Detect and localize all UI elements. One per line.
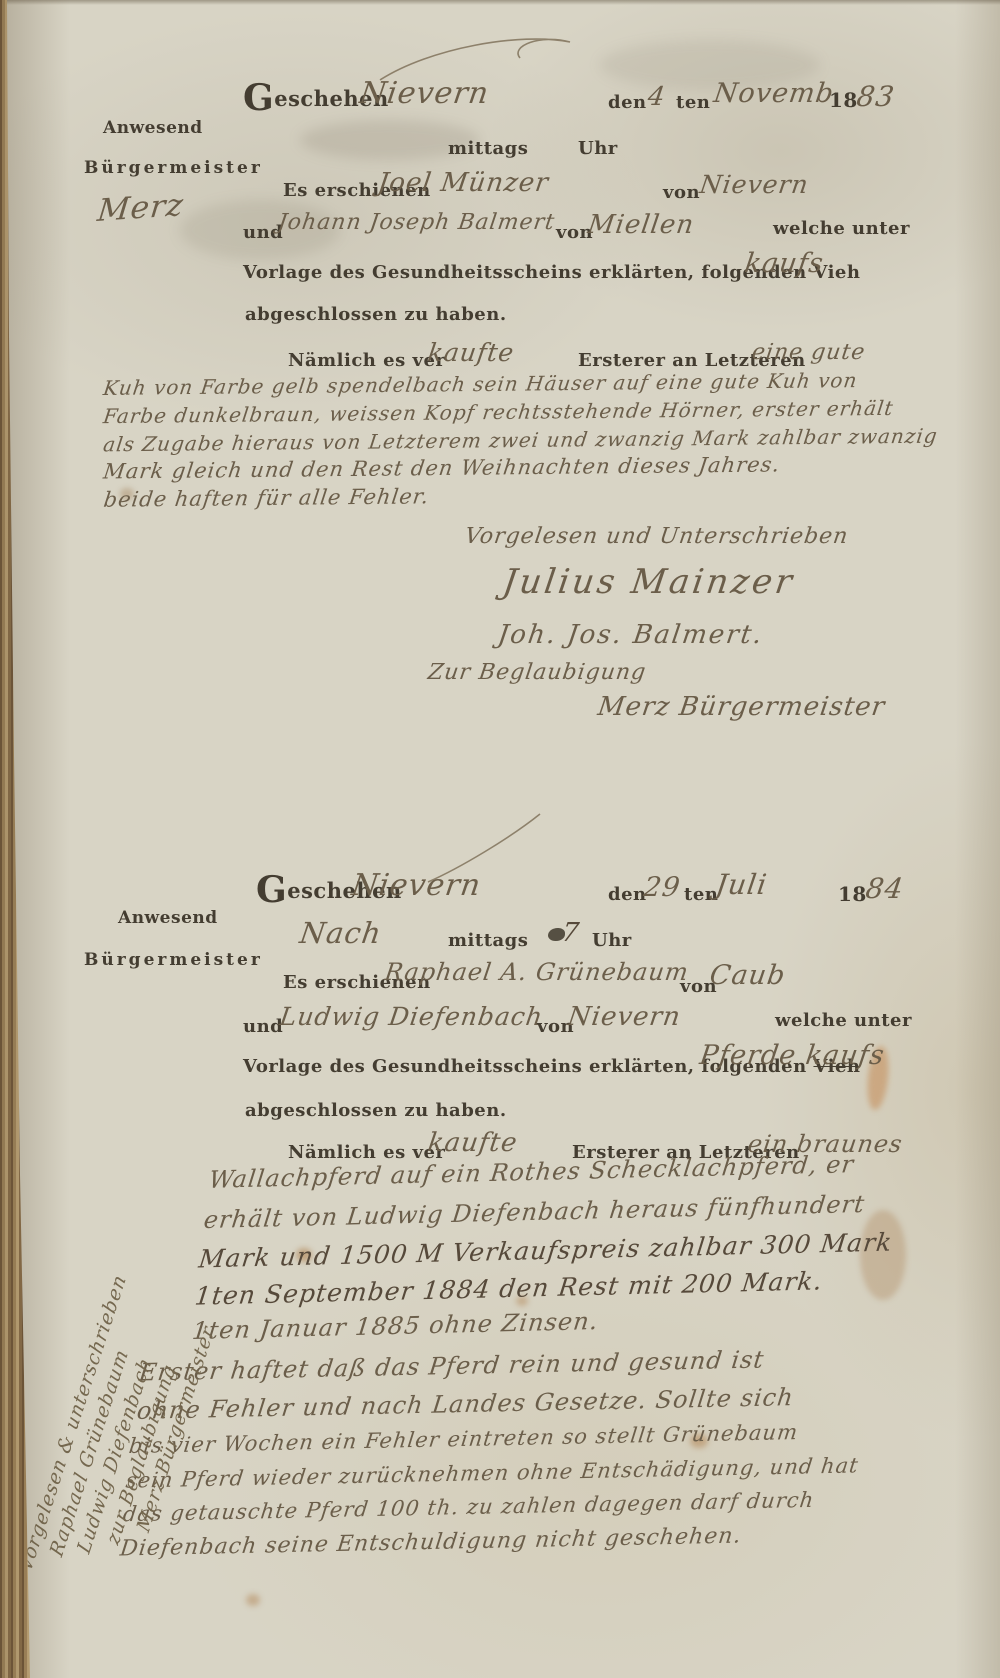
entry2-place: Nievern (350, 868, 484, 903)
entry2-month: Juli (714, 868, 770, 901)
entry2-hand-nach: Nach (298, 916, 384, 950)
entry1-body-line: Mark gleich und den Rest den Weihnachten… (102, 452, 782, 483)
entry2-welche-unter: welche unter (775, 1010, 912, 1031)
entry1-ten: ten (676, 92, 710, 113)
entry2-place1: Caub (708, 960, 788, 991)
entry2-hour: 7 (560, 918, 582, 948)
entry1-naemlich: Nämlich es ver (288, 350, 445, 371)
entry1-name1: Joel Münzer (376, 168, 551, 198)
entry2-abgeschlossen: abgeschlossen zu haben. (245, 1100, 507, 1121)
entry2-body-line: Diefenbach seine Entschuldigung nicht ge… (119, 1524, 743, 1562)
entry2-body-line: sein Pferd wieder zurücknehmen ohne Ents… (125, 1453, 861, 1492)
entry1-signature-mayor: Merz Bürgermeister (596, 692, 887, 722)
entry2-ten: ten (684, 884, 718, 905)
entry2-year-print: 18 (838, 882, 867, 906)
entry2-hand-kaufte: kaufte (426, 1128, 520, 1158)
scanned-register-page: Anwesend Bürgermeister Merz Geschehen Ni… (0, 0, 1000, 1678)
entry1-den: den (608, 92, 647, 113)
entry1-year-print: 18 (829, 88, 858, 112)
entry1-hand-kaufs: kaufs (743, 248, 826, 279)
entry2-body-line: 1ten September 1884 den Rest mit 200 Mar… (193, 1266, 824, 1310)
entry2-year-hand: 84 (864, 872, 906, 905)
entry2-body-line: das getauschte Pferd 100 th. zu zahlen d… (122, 1488, 816, 1526)
entry2-body-line: erhält von Ludwig Diefenbach heraus fünf… (202, 1190, 866, 1234)
entry1-von1: von (663, 182, 700, 203)
entry1-beglaubigung: Zur Beglaubigung (426, 660, 648, 685)
entry2-name2: Ludwig Diefenbach (278, 1002, 545, 1031)
entry2-margin-anwesend: Anwesend (118, 908, 218, 928)
entry1-body-line: als Zugabe hieraus von Letzterem zwei un… (102, 424, 939, 457)
entry2-body-line: Erster haftet daß das Pferd rein und ges… (137, 1345, 765, 1386)
entry1-day: 4 (646, 82, 668, 112)
entry1-margin-anwesend: Anwesend (103, 118, 203, 138)
stain (246, 1594, 260, 1606)
entry1-hand-kaufte: kaufte (426, 338, 516, 367)
entry2-margin-buergermeister: Bürgermeister (84, 950, 263, 970)
entry2-body-line: ohne Fehler und nach Landes Gesetze. Sol… (135, 1383, 795, 1425)
entry2-und: und (243, 1016, 283, 1037)
entry2-hand-pferde: Pferde kaufs (698, 1040, 887, 1071)
entry1-abgeschlossen: abgeschlossen zu haben. (245, 304, 507, 325)
entry1-mittags: mittags (448, 138, 528, 159)
entry2-day: 29 (642, 872, 683, 903)
entry2-body-line: 1ten Januar 1885 ohne Zinsen. (191, 1307, 600, 1345)
entry1-geschehen-initial: G (243, 77, 274, 119)
entry1-body-line: Farbe dunkelbraun, weissen Kopf rechtsst… (102, 396, 895, 428)
entry2-body-line: bis vier Wochen ein Fehler eintreten so … (128, 1420, 800, 1458)
entry1-place1: Nievern (698, 170, 811, 199)
entry1-margin-signature: Merz (96, 187, 186, 229)
entry1-place2: Miellen (586, 210, 696, 240)
entry1-body-line: Kuh von Farbe gelb spendelbach sein Häus… (102, 368, 859, 400)
entry1-year-hand: 83 (855, 80, 897, 113)
entry1-signature-buyer: Julius Mainzer (500, 562, 797, 602)
entry2-geschehen-initial: G (256, 869, 287, 911)
entry1-welche-unter: welche unter (773, 218, 910, 239)
entry1-closing: Vorgelesen und Unterschrieben (463, 524, 850, 549)
entry1-signature-seller: Joh. Jos. Balmert. (496, 620, 766, 650)
entry1-hand-intro: eine gute (750, 340, 867, 365)
entry2-name1: Raphael A. Grünebaum (383, 958, 691, 986)
entry2-den: den (608, 884, 647, 905)
entry2-place2: Nievern (566, 1002, 683, 1032)
entry1-name2: Johann Joseph Balmert (276, 210, 556, 235)
entry1-month: Novemb (712, 78, 836, 109)
entry1-margin-buergermeister: Bürgermeister (84, 158, 263, 178)
entry2-mittags: mittags (448, 930, 528, 951)
entry1-uhr: Uhr (578, 138, 618, 159)
entry1-body-line: beide haften für alle Fehler. (102, 484, 431, 511)
entry2-uhr: Uhr (592, 930, 632, 951)
entry1-place: Nievern (358, 76, 492, 111)
